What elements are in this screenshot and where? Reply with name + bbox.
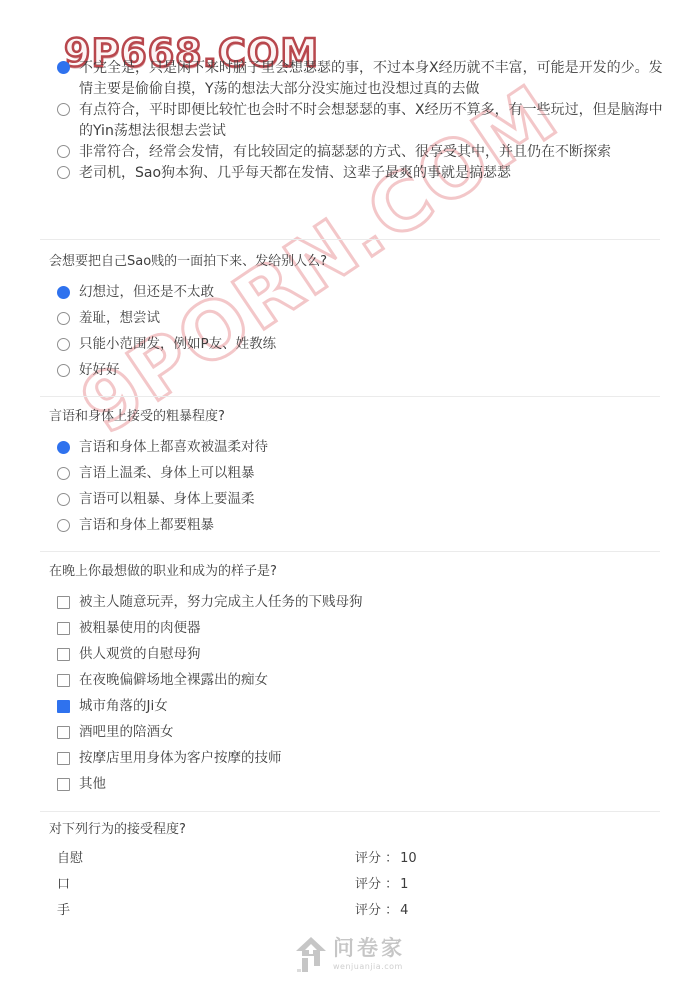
question-1: 不完全是，只是闲下来时脑子里会想瑟瑟的事，不过本身X经历就不丰富，可能是开发的少… — [49, 58, 669, 184]
radio-unselected-icon[interactable] — [57, 103, 70, 116]
question-title: 会想要把自己Sao贱的一面拍下来、发给别人么? — [49, 254, 669, 270]
radio-option-label: 好好好 — [79, 361, 120, 380]
radio-option[interactable]: 言语和身体上都喜欢被温柔对待 — [57, 438, 669, 457]
radio-option[interactable]: 言语和身体上都要粗暴 — [57, 516, 669, 535]
checkbox-option-label: 被主人随意玩弄，努力完成主人任务的下贱母狗 — [79, 593, 363, 612]
radio-option-label: 言语上温柔、身体上可以粗暴 — [79, 464, 255, 483]
checkbox-option[interactable]: 在夜晚偏僻场地全裸露出的痴女 — [57, 671, 669, 690]
radio-unselected-icon[interactable] — [57, 364, 70, 377]
question-2: 会想要把自己Sao贱的一面拍下来、发给别人么? 幻想过，但还是不太敢 羞耻，想尝… — [49, 254, 669, 387]
checkbox-unchecked-icon[interactable] — [57, 622, 70, 635]
radio-option-label: 言语和身体上都要粗暴 — [79, 516, 214, 535]
radio-option[interactable]: 幻想过，但还是不太敢 — [57, 283, 669, 302]
question-title: 对下列行为的接受程度? — [49, 822, 669, 838]
radio-option-label: 不完全是，只是闲下来时脑子里会想瑟瑟的事，不过本身X经历就不丰富，可能是开发的少… — [79, 58, 665, 100]
radio-option[interactable]: 言语可以粗暴、身体上要温柔 — [57, 490, 669, 509]
checkbox-option-label: 被粗暴使用的肉便器 — [79, 619, 201, 638]
survey-page: 9P668.COM 9PORN.COM 不完全是，只是闲下来时脑子里会想瑟瑟的事… — [0, 0, 700, 991]
radio-option-label: 言语可以粗暴、身体上要温柔 — [79, 490, 255, 509]
rating-score-prefix: 评分 ： — [355, 851, 398, 867]
radio-option-label: 有点符合，平时即便比较忙也会时不时会想瑟瑟的事、X经历不算多，有一些玩过，但是脑… — [79, 100, 665, 142]
checkbox-option-label: 其他 — [79, 775, 106, 794]
radio-option[interactable]: 羞耻，想尝试 — [57, 309, 669, 328]
checkbox-option[interactable]: 城市角落的Ji女 — [57, 697, 669, 716]
checkbox-option[interactable]: 酒吧里的陪酒女 — [57, 723, 669, 742]
checkbox-unchecked-icon[interactable] — [57, 752, 70, 765]
checkbox-unchecked-icon[interactable] — [57, 778, 70, 791]
radio-option-label: 老司机，Sao狗本狗、几乎每天都在发情、这辈子最爽的事就是搞瑟瑟 — [79, 163, 511, 184]
checkbox-option[interactable]: 被主人随意玩弄，努力完成主人任务的下贱母狗 — [57, 593, 669, 612]
rating-item-label: 口 — [57, 877, 355, 893]
radio-option[interactable]: 不完全是，只是闲下来时脑子里会想瑟瑟的事，不过本身X经历就不丰富，可能是开发的少… — [57, 58, 669, 100]
radio-option[interactable]: 言语上温柔、身体上可以粗暴 — [57, 464, 669, 483]
radio-option[interactable]: 好好好 — [57, 361, 669, 380]
footer-site: wenjuanjia.com — [333, 962, 405, 971]
radio-unselected-icon[interactable] — [57, 467, 70, 480]
checkbox-option-label: 在夜晚偏僻场地全裸露出的痴女 — [79, 671, 268, 690]
section-divider — [40, 396, 660, 397]
rating-row: 手 评分 ： 4 — [57, 903, 669, 919]
checkbox-unchecked-icon[interactable] — [57, 674, 70, 687]
rating-score-value: 4 — [400, 903, 408, 919]
radio-selected-icon[interactable] — [57, 61, 70, 74]
radio-selected-icon[interactable] — [57, 441, 70, 454]
checkbox-option-label: 城市角落的Ji女 — [79, 697, 168, 716]
question-title: 言语和身体上接受的粗暴程度? — [49, 409, 669, 425]
question-3: 言语和身体上接受的粗暴程度? 言语和身体上都喜欢被温柔对待 言语上温柔、身体上可… — [49, 409, 669, 542]
radio-unselected-icon[interactable] — [57, 145, 70, 158]
question-title: 在晚上你最想做的职业和成为的样子是? — [49, 564, 669, 580]
radio-option-label: 只能小范围发，例如P友、姓教练 — [79, 335, 276, 354]
checkbox-unchecked-icon[interactable] — [57, 596, 70, 609]
rating-item-label: 自慰 — [57, 851, 355, 867]
radio-option-label: 非常符合，经常会发情，有比较固定的搞瑟瑟的方式、很享受其中，并且仍在不断探索 — [79, 142, 611, 163]
rating-score-prefix: 评分 ： — [355, 877, 398, 893]
radio-selected-icon[interactable] — [57, 286, 70, 299]
radio-unselected-icon[interactable] — [57, 493, 70, 506]
radio-option[interactable]: 只能小范围发，例如P友、姓教练 — [57, 335, 669, 354]
radio-option[interactable]: 老司机，Sao狗本狗、几乎每天都在发情、这辈子最爽的事就是搞瑟瑟 — [57, 163, 669, 184]
rating-row: 自慰 评分 ： 10 — [57, 851, 669, 867]
question-4: 在晚上你最想做的职业和成为的样子是? 被主人随意玩弄，努力完成主人任务的下贱母狗… — [49, 564, 669, 801]
radio-option[interactable]: 有点符合，平时即便比较忙也会时不时会想瑟瑟的事、X经历不算多，有一些玩过，但是脑… — [57, 100, 669, 142]
rating-item-label: 手 — [57, 903, 355, 919]
checkbox-unchecked-icon[interactable] — [57, 726, 70, 739]
checkbox-option[interactable]: 其他 — [57, 775, 669, 794]
checkbox-checked-icon[interactable] — [57, 700, 70, 713]
checkbox-option-label: 酒吧里的陪酒女 — [79, 723, 174, 742]
section-divider — [40, 239, 660, 240]
radio-option-label: 言语和身体上都喜欢被温柔对待 — [79, 438, 268, 457]
radio-unselected-icon[interactable] — [57, 166, 70, 179]
checkbox-option[interactable]: 供人观赏的自慰母狗 — [57, 645, 669, 664]
rating-row: 口 评分 ： 1 — [57, 877, 669, 893]
question-5: 对下列行为的接受程度? 自慰 评分 ： 10 口 评分 ： 1 手 评分 ： 4 — [49, 822, 669, 929]
wenjuanjia-logo[interactable]: 问卷家 wenjuanjia.com — [0, 936, 700, 974]
rating-score-prefix: 评分 ： — [355, 903, 398, 919]
radio-unselected-icon[interactable] — [57, 312, 70, 325]
checkbox-option-label: 供人观赏的自慰母狗 — [79, 645, 201, 664]
checkbox-option-label: 按摩店里用身体为客户按摩的技师 — [79, 749, 282, 768]
radio-unselected-icon[interactable] — [57, 338, 70, 351]
house-icon — [295, 936, 327, 974]
checkbox-unchecked-icon[interactable] — [57, 648, 70, 661]
rating-score-value: 10 — [400, 851, 417, 867]
rating-score-value: 1 — [400, 877, 408, 893]
section-divider — [40, 811, 660, 812]
checkbox-option[interactable]: 被粗暴使用的肉便器 — [57, 619, 669, 638]
radio-option[interactable]: 非常符合，经常会发情，有比较固定的搞瑟瑟的方式、很享受其中，并且仍在不断探索 — [57, 142, 669, 163]
checkbox-option[interactable]: 按摩店里用身体为客户按摩的技师 — [57, 749, 669, 768]
radio-option-label: 幻想过，但还是不太敢 — [79, 283, 214, 302]
radio-option-label: 羞耻，想尝试 — [79, 309, 160, 328]
radio-unselected-icon[interactable] — [57, 519, 70, 532]
section-divider — [40, 551, 660, 552]
footer-brand: 问卷家 — [333, 936, 405, 960]
